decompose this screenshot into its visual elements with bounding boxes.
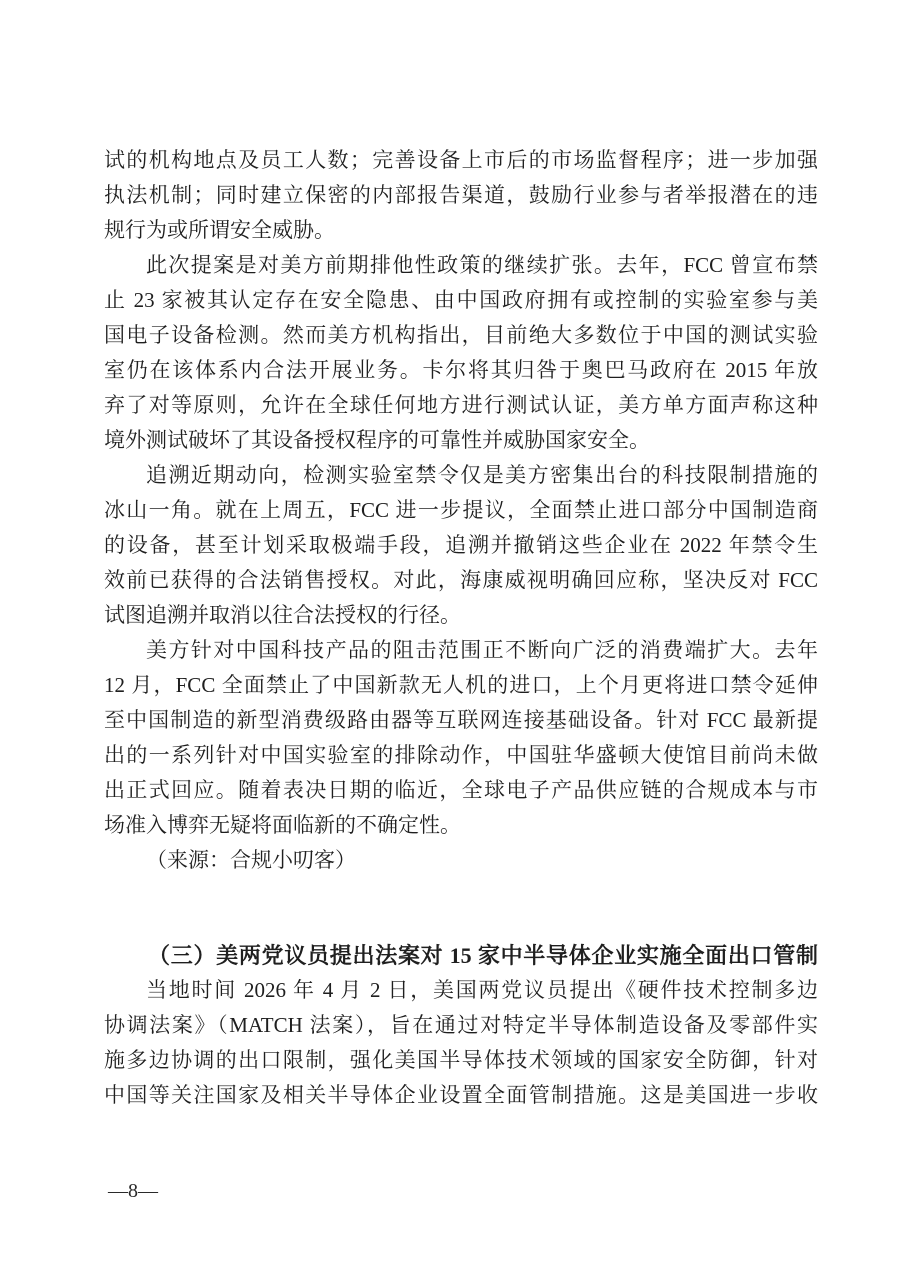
text-line: 当地时间 2026 年 4 月 2 日，美国两党议员提出《硬件技术控制多边 [104, 973, 818, 1008]
text-line: 冰山一角。就在上周五，FCC 进一步提议，全面禁止进口部分中国制造商 [104, 493, 818, 528]
text-line: 此次提案是对美方前期排他性政策的继续扩张。去年，FCC 曾宣布禁 [104, 248, 818, 283]
section-heading: （三）美两党议员提出法案对 15 家中半导体企业实施全面出口管制 [104, 938, 818, 973]
text-line: 试图追溯并取消以往合法授权的行径。 [104, 598, 818, 633]
text-line: 美方针对中国科技产品的阻击范围正不断向广泛的消费端扩大。去年 [104, 633, 818, 668]
text-line: 12 月，FCC 全面禁止了中国新款无人机的进口，上个月更将进口禁令延伸 [104, 668, 818, 703]
text-line: （来源：合规小叨客） [104, 843, 818, 878]
section-gap [104, 878, 818, 938]
text-line: 境外测试破坏了其设备授权程序的可靠性并威胁国家安全。 [104, 423, 818, 458]
page-number: —8— [108, 1180, 158, 1202]
text-line: 规行为或所谓安全威胁。 [104, 213, 818, 248]
text-line: 出的一系列针对中国实验室的排除动作，中国驻华盛顿大使馆目前尚未做 [104, 738, 818, 773]
text-line: 施多边协调的出口限制，强化美国半导体技术领域的国家安全防御，针对 [104, 1043, 818, 1078]
text-line: 场准入博弈无疑将面临新的不确定性。 [104, 808, 818, 843]
text-line: 出正式回应。随着表决日期的临近，全球电子产品供应链的合规成本与市 [104, 773, 818, 808]
document-page: 试的机构地点及员工人数；完善设备上市后的市场监督程序；进一步加强执法机制；同时建… [0, 0, 900, 1272]
text-line: 执法机制；同时建立保密的内部报告渠道，鼓励行业参与者举报潜在的违 [104, 178, 818, 213]
text-line: 中国等关注国家及相关半导体企业设置全面管制措施。这是美国进一步收 [104, 1078, 818, 1113]
text-line: 试的机构地点及员工人数；完善设备上市后的市场监督程序；进一步加强 [104, 143, 818, 178]
text-line: 止 23 家被其认定存在安全隐患、由中国政府拥有或控制的实验室参与美 [104, 283, 818, 318]
text-line: 的设备，甚至计划采取极端手段，追溯并撤销这些企业在 2022 年禁令生 [104, 528, 818, 563]
document-body: 试的机构地点及员工人数；完善设备上市后的市场监督程序；进一步加强执法机制；同时建… [104, 143, 818, 1113]
text-line: 至中国制造的新型消费级路由器等互联网连接基础设备。针对 FCC 最新提 [104, 703, 818, 738]
text-line: 协调法案》（MATCH 法案），旨在通过对特定半导体制造设备及零部件实 [104, 1008, 818, 1043]
text-line: 效前已获得的合法销售授权。对此，海康威视明确回应称，坚决反对 FCC [104, 563, 818, 598]
text-line: 国电子设备检测。然而美方机构指出，目前绝大多数位于中国的测试实验 [104, 318, 818, 353]
text-line: 室仍在该体系内合法开展业务。卡尔将其归咎于奥巴马政府在 2015 年放 [104, 353, 818, 388]
text-line: 追溯近期动向，检测实验室禁令仅是美方密集出台的科技限制措施的 [104, 458, 818, 493]
text-line: 弃了对等原则，允许在全球任何地方进行测试认证，美方单方面声称这种 [104, 388, 818, 423]
